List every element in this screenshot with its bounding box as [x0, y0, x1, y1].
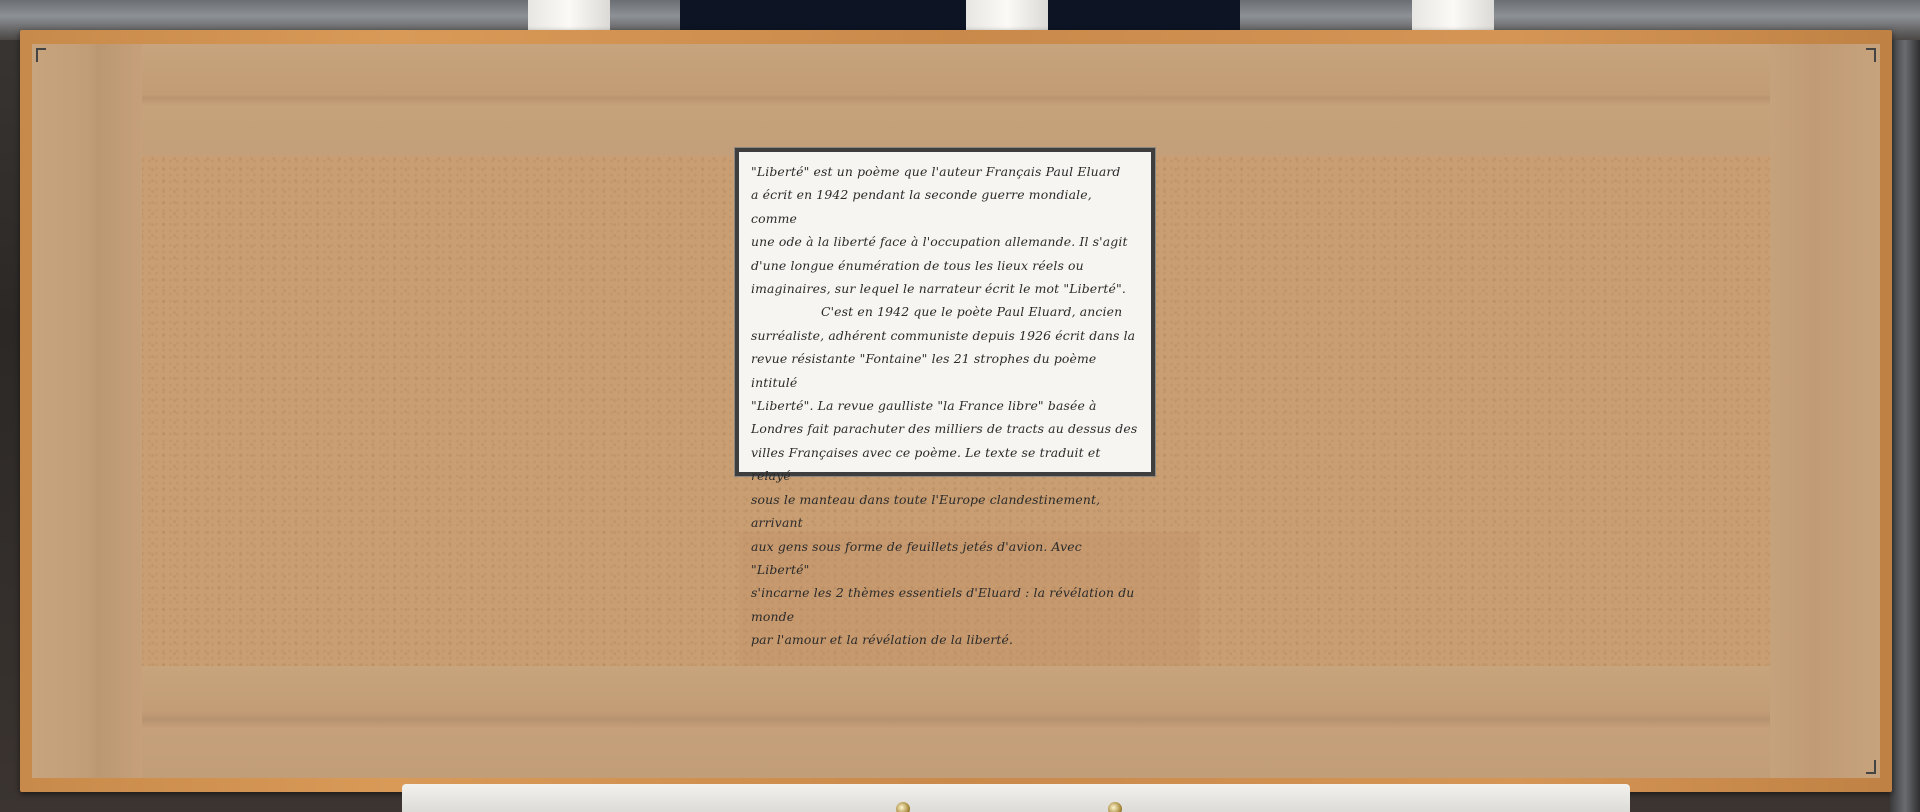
picture-frame-back: "Liberté" est un poème que l'auteur Fran…	[20, 30, 1892, 792]
kraft-tape-top	[32, 44, 1880, 156]
note-line: C'est en 1942 que le poète Paul Eluard, …	[751, 300, 1141, 323]
note-line: a écrit en 1942 pendant la seconde guerr…	[751, 183, 1141, 230]
note-line: villes Françaises avec ce poème. Le text…	[751, 441, 1141, 488]
note-line: aux gens sous forme de feuillets jetés d…	[751, 535, 1141, 582]
kraft-tape-left	[32, 44, 142, 778]
note-line: sous le manteau dans toute l'Europe clan…	[751, 488, 1141, 535]
note-line: "Liberté" est un poème que l'auteur Fran…	[751, 160, 1141, 183]
kraft-tape-bottom	[32, 666, 1880, 778]
staple-icon	[36, 48, 46, 62]
note-line: surréaliste, adhérent communiste depuis …	[751, 324, 1141, 347]
note-line: revue résistante "Fontaine" les 21 strop…	[751, 347, 1141, 394]
staple-icon	[1866, 760, 1876, 774]
note-line: par l'amour et la révélation de la liber…	[751, 628, 1141, 651]
background-right-edge	[1890, 40, 1920, 812]
note-line: d'une longue énumération de tous les lie…	[751, 254, 1141, 277]
easel-base	[402, 784, 1630, 812]
note-line: s'incarne les 2 thèmes essentiels d'Elua…	[751, 581, 1141, 628]
bolt-icon	[896, 802, 910, 812]
note-line: une ode à la liberté face à l'occupation…	[751, 230, 1141, 253]
bolt-icon	[1108, 802, 1122, 812]
note-line: Londres fait parachuter des milliers de …	[751, 417, 1141, 440]
note-line: "Liberté". La revue gaulliste "la France…	[751, 394, 1141, 417]
note-line: imaginaires, sur lequel le narrateur écr…	[751, 277, 1141, 300]
staple-icon	[1866, 48, 1876, 62]
handwritten-note-card: "Liberté" est un poème que l'auteur Fran…	[735, 148, 1155, 476]
kraft-tape-right	[1770, 44, 1880, 778]
